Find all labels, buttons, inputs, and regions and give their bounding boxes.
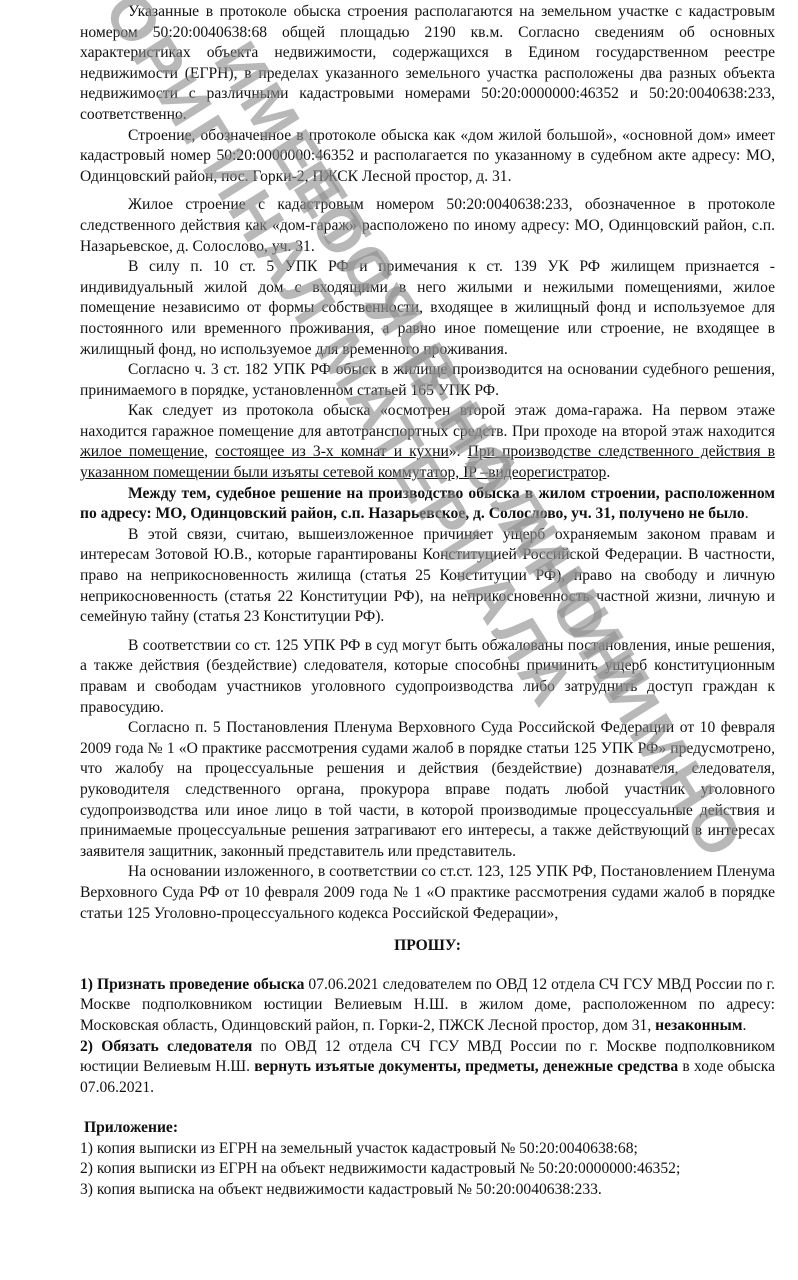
paragraph-article-125: В соответствии со ст. 125 УПК РФ в суд м… (80, 636, 775, 718)
attachment-item: 2) копия выписки из ЕГРН на объект недви… (80, 1159, 775, 1180)
paragraph-search-protocol: Как следует из протокола обыска «осмотре… (80, 401, 775, 483)
paragraph-land-plot: Указанные в протоколе обыска строения ра… (80, 2, 775, 126)
request-heading: ПРОШУ: (80, 936, 775, 957)
protocol-sep: , (204, 443, 215, 460)
paragraph-dwelling-definition: В силу п. 10 ст. 5 УПК РФ и примечания к… (80, 257, 775, 360)
request-1-end: . (742, 1017, 746, 1034)
request-1-lead: 1) Признать проведение обыска (80, 976, 304, 993)
paragraph-garage-house: Жилое строение с кадастровым номером 50:… (80, 195, 775, 257)
request-item-1: 1) Признать проведение обыска 07.06.2021… (80, 975, 775, 1037)
attachments-title: Приложение: (80, 1118, 775, 1139)
no-decision-end: . (745, 505, 749, 522)
attachment-item: 3) копия выписка на объект недвижимости … (80, 1180, 775, 1201)
paragraph-search-basis: Согласно ч. 3 ст. 182 УПК РФ обыск в жил… (80, 360, 775, 401)
paragraph-no-court-decision: Между тем, судебное решение на производс… (80, 484, 775, 525)
protocol-lead: Как следует из протокола обыска «осмотре… (80, 402, 775, 440)
document-page: Указанные в протоколе обыска строения ра… (80, 2, 775, 1201)
request-1-tail: незаконным (655, 1017, 742, 1034)
protocol-underline-1: жилое помещение (80, 443, 204, 460)
protocol-underline-2: состоящее из 3-х комнат и кухни (215, 443, 449, 460)
no-decision-bold: Между тем, судебное решение на производс… (80, 485, 775, 523)
protocol-mid: ». (449, 443, 468, 460)
paragraph-basis: На основании изложенного, в соответствии… (80, 862, 775, 924)
protocol-end: . (606, 464, 610, 481)
paragraph-plenum: Согласно п. 5 Постановления Пленума Верх… (80, 718, 775, 862)
paragraph-main-house: Строение, обозначенное в протоколе обыск… (80, 126, 775, 188)
request-2-lead: 2) Обязать следователя (80, 1038, 252, 1055)
request-item-2: 2) Обязать следователя по ОВД 12 отдела … (80, 1037, 775, 1099)
request-2-tail: вернуть изъятые документы, предметы, ден… (254, 1058, 678, 1075)
paragraph-damage: В этой связи, считаю, вышеизложенное при… (80, 525, 775, 628)
attachment-item: 1) копия выписки из ЕГРН на земельный уч… (80, 1139, 775, 1160)
